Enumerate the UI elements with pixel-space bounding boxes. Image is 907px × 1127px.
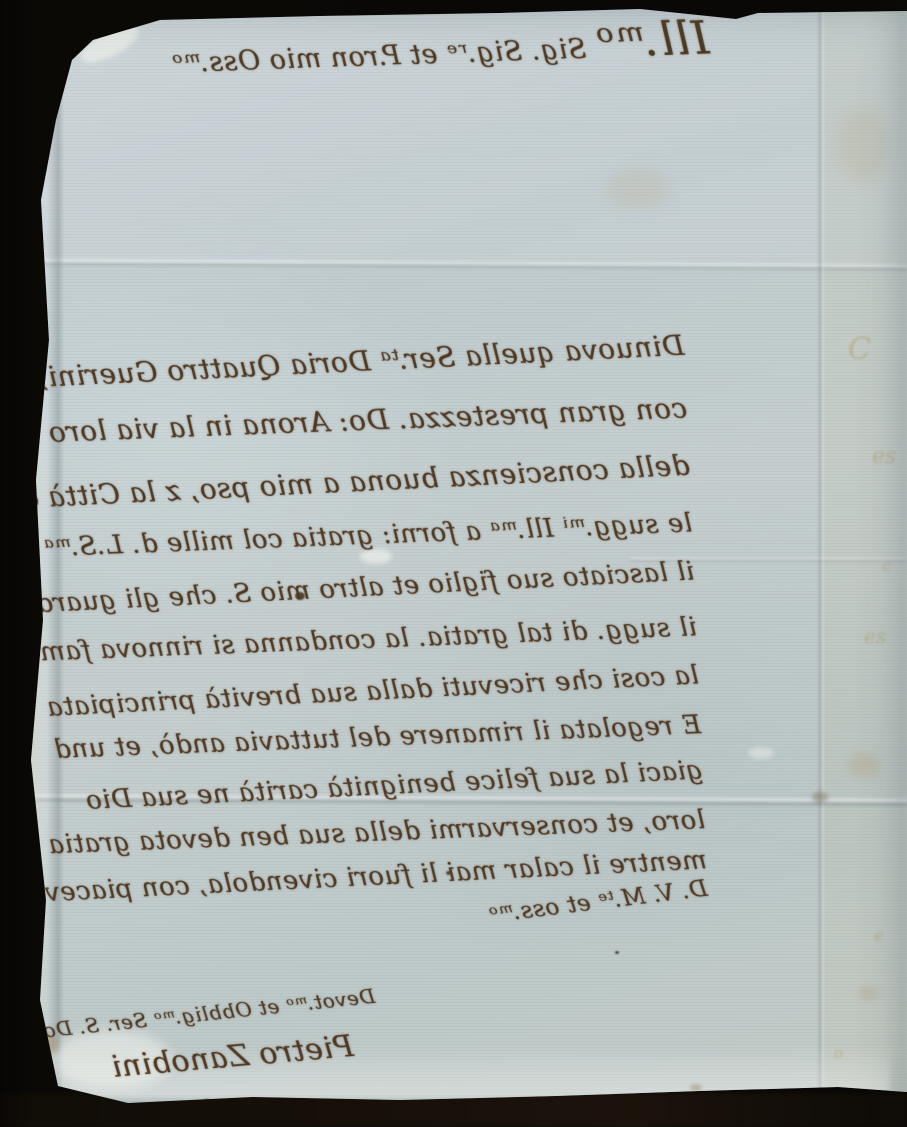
letter-paper: Ill.ᵐᵒ Sig. Sig.ʳᵉ et P.ron mio Oss.ᵐᵒ D… (0, 0, 907, 1127)
paper-edge-vignette (0, 0, 907, 1127)
photo-backdrop: Ill.ᵐᵒ Sig. Sig.ʳᵉ et P.ron mio Oss.ᵐᵒ D… (0, 0, 907, 1127)
